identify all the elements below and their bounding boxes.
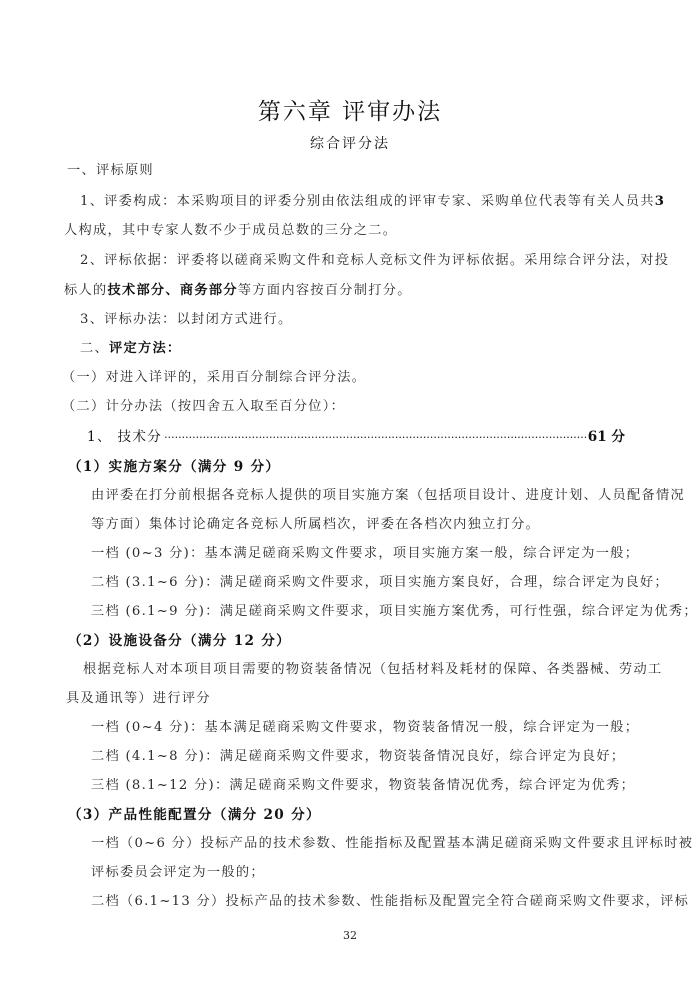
technical-part-emphasis: 技术部分 — [107, 283, 165, 298]
page-number: 32 — [0, 929, 700, 942]
criterion-3-tier-1-line-1: 一档（0~6 分）投标产品的技术参数、性能指标及配置基本满足磋商采购文件要求且评… — [91, 835, 693, 853]
section-heading-principles: 一、评标原则 — [67, 162, 154, 180]
method-sub-1: （一）对进入详评的，采用百分制综合评分法。 — [62, 369, 366, 387]
criterion-3-tier-2-line-1: 二档（6.1~13 分）投标产品的技术参数、性能指标及配置完全符合磋商采购文件要… — [91, 893, 689, 911]
section-heading-method: 二、评定方法： — [80, 340, 181, 358]
committee-size: 3 — [655, 194, 665, 209]
criterion-3-heading: （3）产品性能配置分（满分 20 分） — [68, 806, 321, 824]
criterion-1-tier-1: 一档 (0~3 分)：基本满足磋商采购文件要求，项目实施方案一般，综合评定为一般… — [91, 545, 639, 563]
method-sub-2: （二）计分办法（按四舍五入取至百分位）： — [62, 398, 345, 416]
text-separator: 、 — [165, 283, 180, 298]
criterion-1-tier-2: 二档 (3.1~6 分)：满足磋商采购文件要求，项目实施方案良好，合理，综合评定… — [91, 574, 669, 592]
principle-item-3: 3、评标办法：以封闭方式进行。 — [80, 311, 293, 329]
section-number: 二、 — [80, 341, 109, 356]
leader-dots — [164, 429, 586, 447]
chapter-title: 第六章 评审办法 — [0, 93, 700, 126]
criterion-1-desc-line-2: 等方面）集体讨论确定各竞标人所属档次，评委在各档次内独立打分。 — [91, 516, 540, 534]
criterion-2-tier-2: 二档 (4.1~8 分)：满足磋商采购文件要求，物资装备情况良好，综合评定为良好… — [91, 748, 625, 766]
principle-item-2-line-1: 2、评标依据：评委将以磋商采购文件和竞标人竞标文件为评标依据。采用综合评分法，对… — [80, 252, 669, 270]
technical-score-entry: 1、 技术分 61 分 — [87, 428, 625, 447]
method-subtitle: 综合评分法 — [0, 133, 700, 153]
text-segment: 等方面内容按百分制打分。 — [238, 283, 412, 298]
business-part-emphasis: 商务部分 — [180, 283, 238, 298]
section-heading-text: 评定方法： — [109, 341, 181, 356]
criterion-1-desc-line-1: 由评委在打分前根据各竞标人提供的项目实施方案（包括项目设计、进度计划、人员配备情… — [91, 487, 685, 505]
principle-item-2-line-2: 标人的技术部分、商务部分等方面内容按百分制打分。 — [64, 282, 412, 300]
technical-score-label: 1、 技术分 — [87, 428, 162, 446]
criterion-2-tier-1: 一档 (0~4 分)：基本满足磋商采购文件要求，物资装备情况一般，综合评定为一般… — [91, 719, 639, 737]
criterion-2-heading: （2）设施设备分（满分 12 分） — [68, 632, 291, 650]
principle-item-1-text: 1、评委构成：本采购项目的评委分别由依法组成的评审专家、采购单位代表等有关人员共 — [80, 194, 655, 209]
criterion-1-tier-3: 三档 (6.1~9 分)：满足磋商采购文件要求，项目实施方案优秀，可行性强，综合… — [91, 603, 698, 621]
criterion-2-tier-3: 三档 (8.1~12 分)：满足磋商采购文件要求，物资装备情况优秀，综合评定为优… — [91, 777, 635, 795]
criterion-2-desc-line-1: 根据竞标人对本项目项目需要的物资装备情况（包括材料及耗材的保障、各类器械、劳动工 — [83, 661, 663, 679]
criterion-1-heading: （1）实施方案分（满分 9 分） — [68, 458, 280, 476]
criterion-3-tier-1-line-2: 评标委员会评定为一般的； — [91, 864, 265, 882]
principle-item-1-line-2: 人构成，其中专家人数不少于成员总数的三分之二。 — [64, 222, 397, 240]
text-segment: 标人的 — [64, 283, 107, 298]
criterion-2-desc-line-2: 具及通讯等）进行评分 — [66, 690, 211, 708]
principle-item-1-line-1: 1、评委构成：本采购项目的评委分别由依法组成的评审专家、采购单位代表等有关人员共… — [80, 193, 665, 211]
technical-score-value: 61 分 — [588, 428, 625, 446]
